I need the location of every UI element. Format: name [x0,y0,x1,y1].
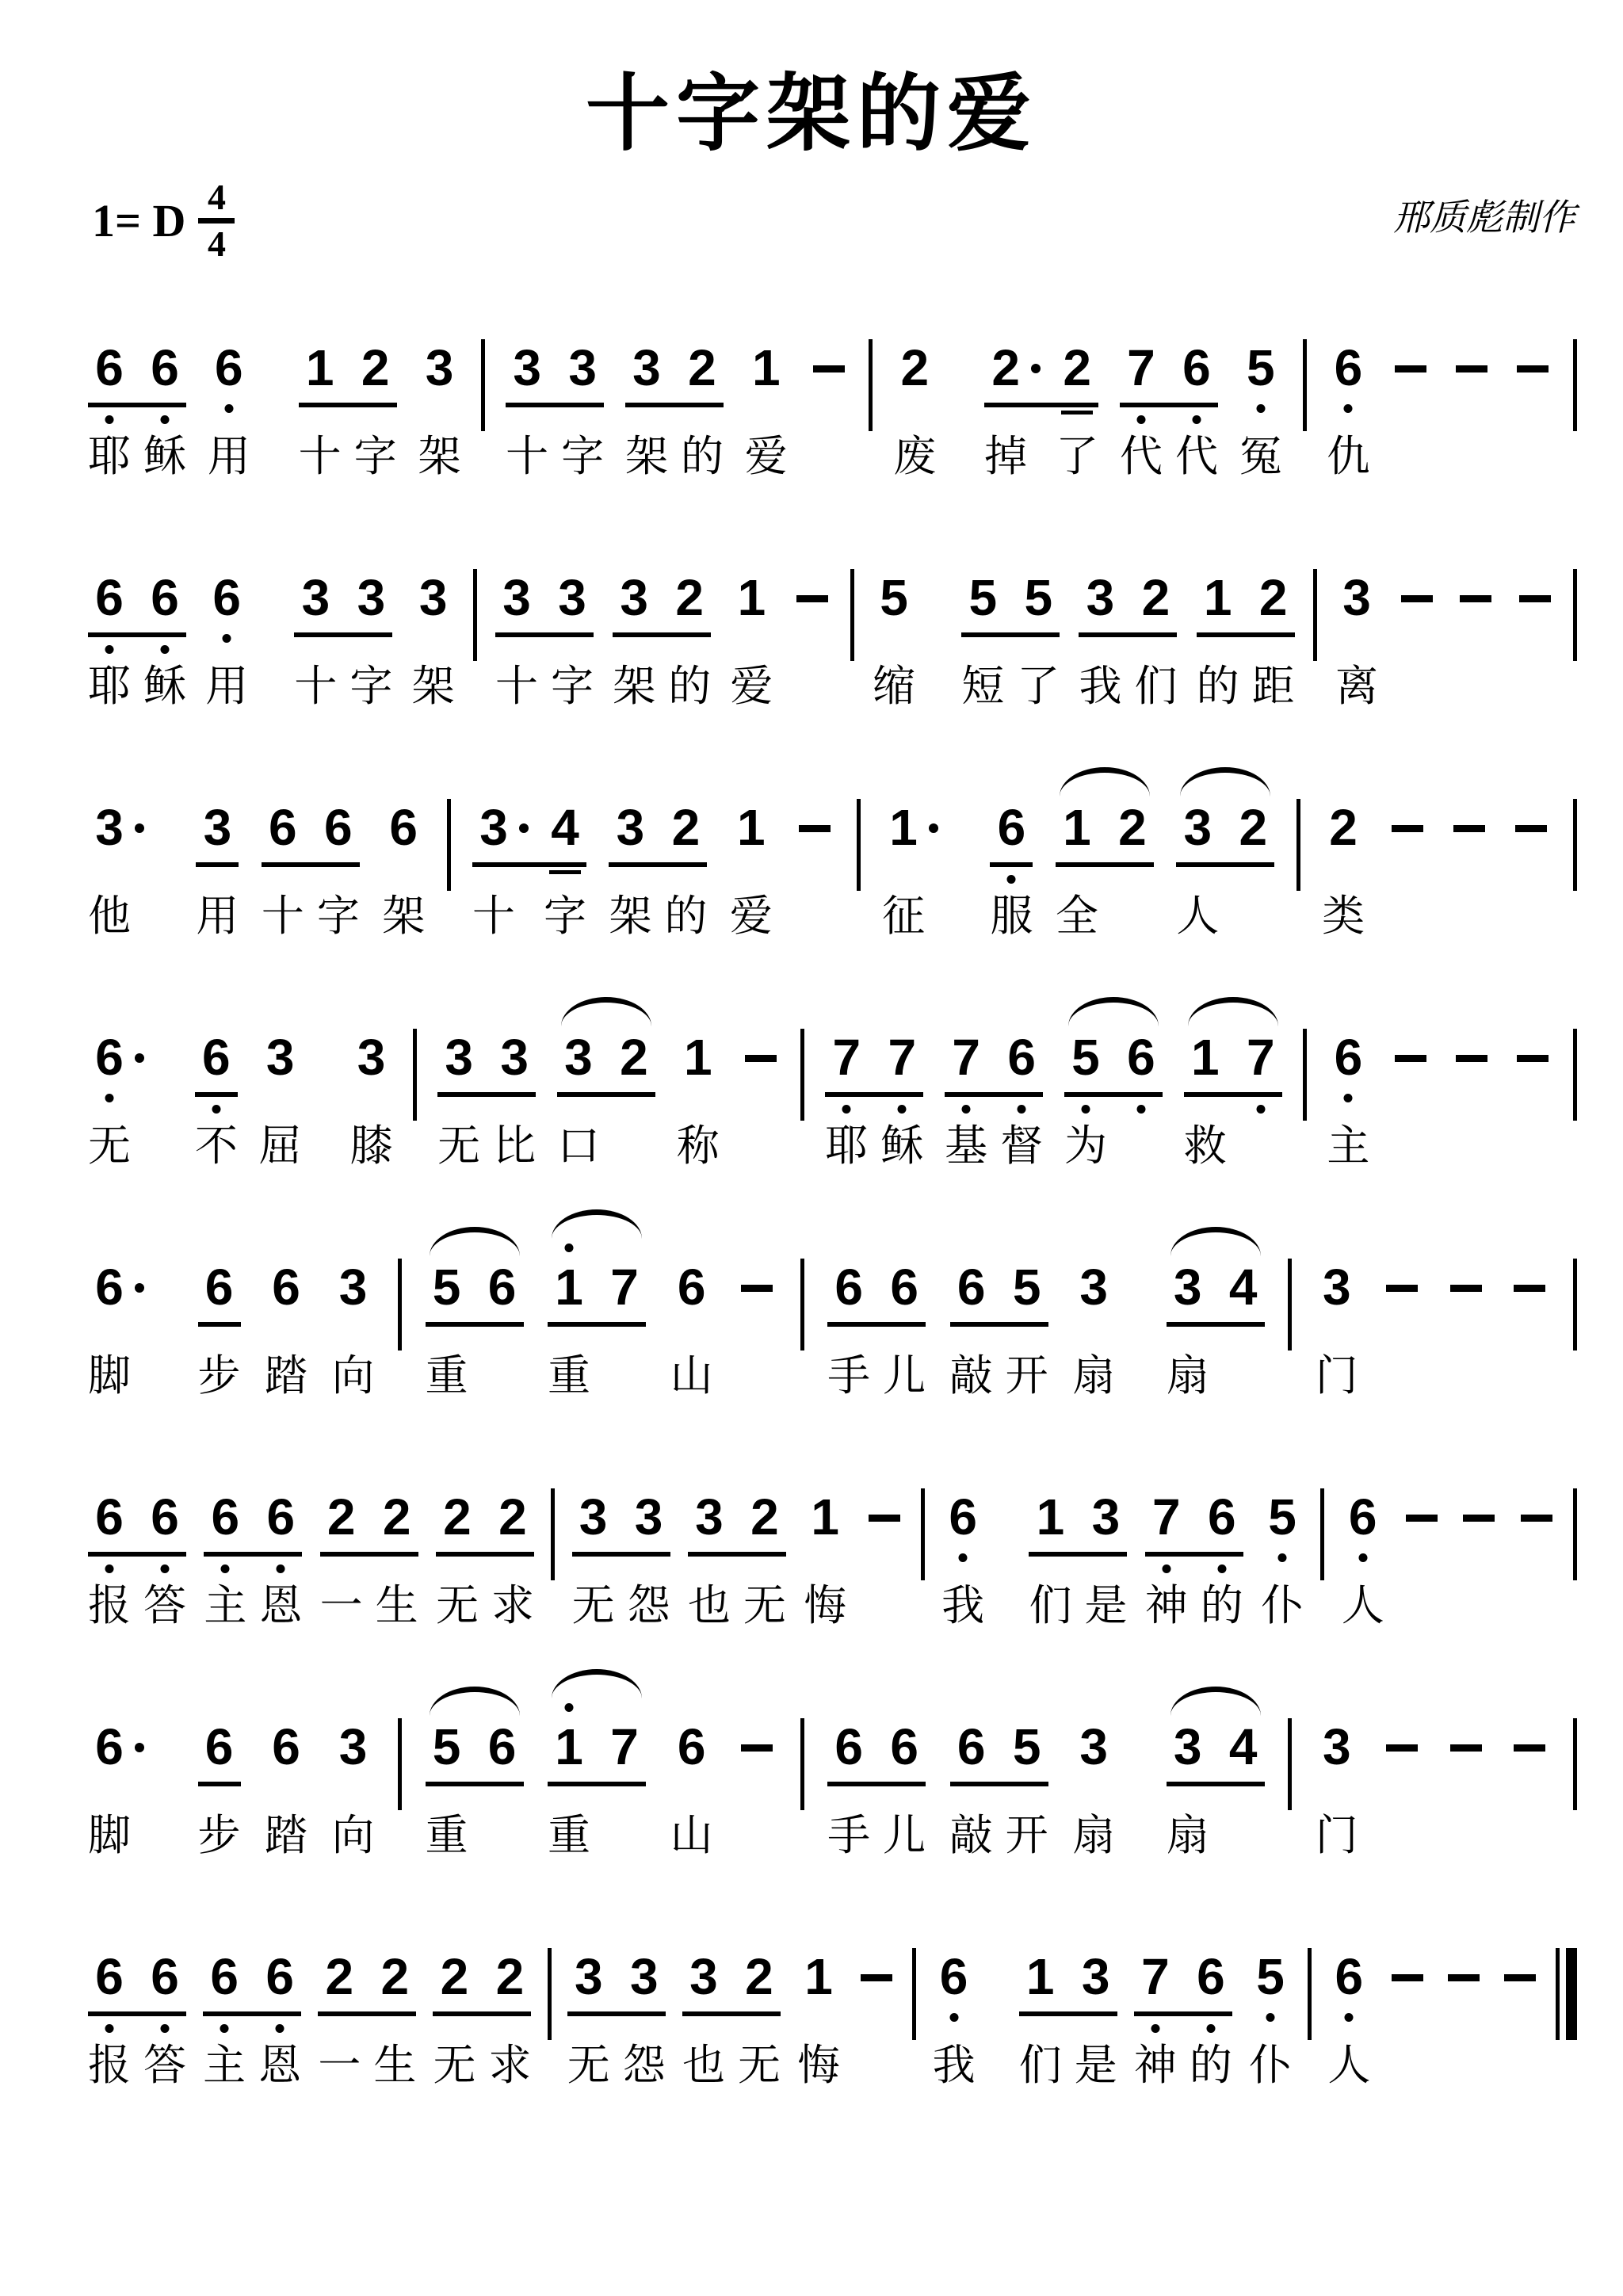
note: 6踏 [264,1257,308,1317]
lyric-syllable: 架 [625,433,668,480]
note-digit: 5 [1248,1946,1293,2007]
lyric-syllable: 架 [418,433,460,480]
lyric-syllable: 答 [143,1582,186,1629]
note-group: 3门 [1315,1717,1359,1777]
note: 6敲 [949,1257,994,1317]
dash-continuation [1510,797,1552,858]
note: 6脚 [87,1257,132,1317]
dash-continuation [1390,338,1431,398]
barline [447,799,451,891]
low-octave-dot [1256,404,1265,413]
note-group: 6脚 [87,1257,147,1317]
barline [850,569,854,661]
note-digit: 6 [670,1257,714,1317]
note-group: 5为6 [1064,1027,1163,1087]
note-digit: 2 [317,1946,361,2007]
note: 3向 [331,1717,376,1777]
note-digit: 6 [197,1257,242,1317]
low-octave-dot [1151,2024,1159,2033]
note-group: 3他 [87,797,147,858]
note-digit: 7 [824,1027,869,1087]
note: 6仇 [1326,338,1370,398]
note: 7耶 [824,1027,869,1087]
note: 6山 [670,1257,714,1317]
note-group: 1们3是 [1028,1487,1128,1547]
note-digit: 1 [1196,567,1240,628]
note-digit: 6 [204,567,249,628]
note: 3无 [571,1487,616,1547]
note-group: 7代6代 [1119,338,1219,398]
note: 3十 [472,797,516,858]
system: 6脚6步6踏3向5重61重76山6手6儿6敲5开3扇3扇43门 [0,1216,1623,1446]
note-digit: 3 [571,1487,616,1547]
note: 1征 [881,797,926,858]
note-digit: 3 [411,567,456,628]
note-digit: 7 [944,1027,988,1087]
note-digit: 3 [331,1717,376,1777]
note: 3怨 [627,1487,671,1547]
dash-continuation [1512,338,1553,398]
note-group: 2一2生 [319,1487,419,1547]
note: 6稣 [143,567,187,628]
note: 2求 [487,1946,532,2007]
note-digit: 2 [319,1487,364,1547]
dash-continuation [740,1027,781,1087]
lyric-syllable: 征 [882,892,925,940]
lyric-syllable: 扇 [1072,1812,1115,1859]
note-group: 6人 [1341,1487,1385,1547]
augmentation-dot [929,823,938,833]
lyric-syllable: 的 [681,433,724,480]
note: 2们 [1133,567,1178,628]
note: 2类 [1321,797,1365,858]
lyric-syllable: 的 [1190,2042,1232,2089]
dash-continuation [1396,567,1438,628]
note-digit: 5 [425,1717,469,1777]
note: 3无 [437,1027,481,1087]
lyric-syllable: 也 [682,2042,725,2089]
note-group: 5重6 [425,1257,525,1317]
lyric-syllable: 爱 [730,663,773,710]
note-digit: 3 [556,1027,601,1087]
note-digit: 6 [194,1027,239,1087]
note-digit: 2 [663,797,708,858]
lyric-syllable: 重 [426,1812,468,1859]
barline [1573,569,1577,661]
note: 1爱 [744,338,789,398]
note-group: 6服 [989,797,1033,858]
note: 1的 [1196,567,1240,628]
barline [481,339,485,431]
note: 7 [602,1257,647,1317]
lyric-syllable: 屈 [259,1122,302,1170]
note-group: 3架2的 [624,338,724,398]
lyric-syllable: 仆 [1249,2042,1292,2089]
dash-continuation [1381,1717,1423,1777]
note-digit: 6 [87,338,132,398]
lyric-syllable: 十 [495,663,538,710]
low-octave-dot [1206,2024,1215,2033]
lyric-syllable: 字 [544,892,586,940]
lyric-syllable: 仆 [1261,1582,1304,1629]
note-digit: 3 [560,338,605,398]
note-digit: 6 [827,1717,871,1777]
lyric-syllable: 重 [548,1812,590,1859]
low-octave-dot [105,415,114,424]
notes-row: 3他3用6十6字6架3十4字3架2的1爱1征6服1全23人22类 [87,797,1577,891]
lyric-syllable: 神 [1134,2042,1177,2089]
note-group: 5仆 [1260,1487,1304,1547]
low-octave-dot [105,1094,114,1102]
lyric-syllable: 的 [1201,1582,1243,1629]
note-digit: 3 [1335,567,1379,628]
note: 4字 [543,797,587,858]
lyric-syllable: 手 [827,1812,870,1859]
barline [1308,1948,1312,2040]
barline [1573,1029,1577,1121]
note-group: 1称 [676,1027,720,1087]
lyric-syllable: 神 [1145,1582,1188,1629]
lyric-syllable: 他 [88,892,131,940]
note-group: 1重7 [547,1717,647,1777]
note-group: 6我 [932,1946,976,2007]
note-digit: 1 [676,1027,720,1087]
lyric-syllable: 耶 [88,433,131,480]
note-digit: 6 [143,567,187,628]
note: 3扇 [1071,1717,1116,1777]
dash-continuation [1390,1027,1431,1087]
note-group: 6我 [941,1487,985,1547]
note: 3架 [608,797,652,858]
low-octave-dot [1344,1094,1353,1102]
lyric-syllable: 报 [88,2042,131,2089]
lyric-syllable: 主 [204,1582,246,1629]
note: 5冤 [1239,338,1283,398]
lyric-syllable: 十 [472,892,515,940]
note-digit: 4 [543,797,587,858]
dash-continuation [1509,1257,1550,1317]
lyric-syllable: 脚 [88,1812,131,1859]
note-digit: 5 [872,567,916,628]
augmentation-dot [1031,364,1041,373]
note-group: 3也2无 [682,1946,781,2007]
note: 3向 [331,1257,376,1317]
lyric-syllable: 仇 [1327,433,1369,480]
lyric-syllable: 了 [1056,433,1098,480]
lyric-syllable: 向 [332,1352,375,1400]
note: 2无 [737,1946,781,2007]
note: 2一 [319,1487,364,1547]
note-digit: 6 [1327,1946,1371,2007]
note: 6架 [381,797,426,858]
note-group: 5仆 [1248,1946,1293,2007]
note: 3字 [349,567,393,628]
note-digit: 3 [495,567,539,628]
note: 7 [602,1717,647,1777]
lyric-syllable: 十 [294,663,337,710]
note: 1悔 [803,1487,847,1547]
note: 3用 [195,797,239,858]
note-digit: 6 [264,1257,308,1317]
note: 1们 [1018,1946,1063,2007]
note: 2的 [680,338,724,398]
note-group: 2一2生 [317,1946,417,2007]
low-octave-dot [224,404,233,413]
note: 2 [612,1027,656,1087]
note: 1全 [1055,797,1099,858]
lyric-syllable: 用 [205,663,248,710]
note-digit: 2 [983,338,1028,398]
note: 6我 [941,1487,985,1547]
lyric-syllable: 稣 [880,1122,923,1170]
lyric-syllable: 悔 [797,2042,840,2089]
note-digit: 2 [353,338,398,398]
lyric-syllable: 主 [203,2042,246,2089]
note-digit: 6 [87,1717,132,1777]
note-digit: 6 [989,797,1033,858]
note-digit: 1 [1018,1946,1063,2007]
note-group: 3屈 [258,1027,303,1087]
note: 5仆 [1248,1946,1293,2007]
note: 2无 [432,1946,476,2007]
low-octave-dot [105,1564,114,1573]
dash-continuation [1445,1717,1487,1777]
note-digit: 6 [87,1946,132,2007]
note-digit: 6 [87,1027,132,1087]
song-title: 十字架的爱 [0,0,1623,166]
note: 6步 [197,1257,242,1317]
note: 6人 [1341,1487,1385,1547]
note: 3也 [687,1487,731,1547]
note-digit: 6 [480,1717,525,1777]
note-digit: 2 [612,1027,656,1087]
lyric-syllable: 称 [677,1122,720,1170]
barline [1320,1488,1324,1580]
note-group: 1重7 [547,1257,647,1317]
note-group: 2无2求 [432,1946,532,2007]
note-group: 3我2们 [1078,567,1178,628]
note-digit: 6 [949,1717,994,1777]
dash-continuation [1381,1257,1423,1317]
lyric-syllable: 短 [961,663,1004,710]
lyric-syllable: 耶 [88,663,131,710]
note-group: 5缩 [872,567,916,628]
note-group: 7基6督 [944,1027,1044,1087]
note-group: 3门 [1315,1257,1359,1317]
sixteenth-underline [549,870,581,874]
note-digit: 6 [87,1257,132,1317]
note: 5了 [1016,567,1060,628]
note-digit: 5 [1005,1717,1049,1777]
note: 6报 [87,1946,132,2007]
notes-row: 6耶6稣6用3十3字3架3十3字3架2的1爱5缩5短5了3我2们1的2距3离 [87,567,1577,661]
lyric-syllable: 怨 [628,1582,670,1629]
lyric-syllable: 架 [382,892,425,940]
lyric-syllable: 全 [1056,892,1098,940]
lyric-syllable: 用 [208,433,250,480]
note: 2字 [353,338,398,398]
lyric-syllable: 十 [299,433,342,480]
dash-continuation [856,1946,897,2007]
lyric-syllable: 山 [670,1812,713,1859]
note-group: 7神6的 [1144,1487,1244,1547]
note-digit: 6 [87,567,132,628]
note: 6 [480,1717,525,1777]
note-group: 3无3怨 [571,1487,671,1547]
key-signature: 1= D 4 4 [92,179,235,262]
note-digit: 2 [892,338,937,398]
lyric-syllable: 们 [1019,2042,1062,2089]
note-digit: 2 [1251,567,1296,628]
note: 4 [1221,1717,1266,1777]
note-digit: 3 [1166,1717,1210,1777]
note: 6儿 [882,1257,926,1317]
lyric-syllable: 距 [1252,663,1295,710]
lyric-syllable: 字 [551,663,594,710]
note-digit: 2 [667,567,712,628]
note-group: 3向 [331,1257,376,1317]
note: 5重 [425,1717,469,1777]
note-digit: 7 [1119,338,1163,398]
low-octave-dot [1136,415,1145,424]
note-digit: 3 [550,567,594,628]
note-group: 1悔 [796,1946,841,2007]
low-octave-dot [161,2024,170,2033]
note-group: 5重6 [425,1717,525,1777]
lyric-syllable: 踏 [265,1352,307,1400]
note-digit: 3 [612,567,656,628]
note: 6 [1119,1027,1163,1087]
note: 7 [1239,1027,1283,1087]
note: 7代 [1119,338,1163,398]
low-octave-dot [212,1105,220,1114]
note-digit: 6 [197,1717,242,1777]
note-digit: 7 [1133,1946,1178,2007]
note-digit: 5 [1005,1257,1049,1317]
note-digit: 3 [437,1027,481,1087]
note: 3架 [417,338,461,398]
lyric-syllable: 我 [941,1582,984,1629]
lyric-syllable: 悔 [804,1582,846,1629]
note-digit: 1 [744,338,789,398]
note-digit: 1 [547,1717,591,1777]
note-group: 6踏 [264,1717,308,1777]
lyric-syllable: 人 [1342,1582,1384,1629]
barline [1288,1259,1292,1350]
low-octave-dot [161,645,170,654]
lyric-syllable: 救 [1184,1122,1227,1170]
note: 3门 [1315,1257,1359,1317]
lyric-syllable: 人 [1176,892,1219,940]
note: 3人 [1175,797,1220,858]
note-digit: 3 [1074,1946,1118,2007]
high-octave-dot [565,1244,574,1252]
note-group: 3架 [411,567,456,628]
note-group: 3十3字 [293,567,393,628]
lyric-syllable: 的 [664,892,707,940]
lyric-syllable: 踏 [265,1812,307,1859]
note: 1救 [1183,1027,1228,1087]
note-digit: 1 [1055,797,1099,858]
note: 6主 [203,1487,247,1547]
system: 6报6答6主6恩2一2生2无2求3无3怨3也2无1悔6我1们3是7神6的5仆6人 [0,1446,1623,1675]
note-digit: 6 [1200,1487,1244,1547]
system: 3他3用6十6字6架3十4字3架2的1爱1征6服1全23人22类 [0,756,1623,986]
note: 3他 [87,797,132,858]
lyric-syllable: 门 [1316,1812,1358,1859]
note: 6手 [827,1257,871,1317]
lyric-syllable: 架 [412,663,455,710]
final-barline-thin [1556,1948,1560,2040]
barline [1303,1029,1307,1121]
note: 2了 [1055,338,1099,398]
lyric-syllable: 口 [557,1122,600,1170]
note: 3架 [624,338,669,398]
note-group: 6山 [670,1257,714,1317]
note-digit: 3 [505,338,549,398]
note-digit: 1 [729,567,773,628]
note: 5短 [960,567,1005,628]
note-digit: 6 [143,1946,187,2007]
lyric-syllable: 求 [488,2042,531,2089]
system: 6无6不3屈3膝3无3比3口21称7耶7稣7基6督5为61救76主 [0,986,1623,1216]
time-signature: 4 4 [198,179,235,262]
note-group: 6人 [1327,1946,1371,2007]
note-digit: 3 [567,1946,611,2007]
barline [921,1488,925,1580]
note: 3也 [682,1946,726,2007]
augmentation-dot [135,823,144,833]
lyric-syllable: 字 [561,433,604,480]
barline [800,1718,804,1810]
credit: 邢质彪制作 [1393,189,1575,241]
key-text: 1= D [92,194,185,247]
note-group: 6仇 [1326,338,1370,398]
note-group: 6敲5开 [949,1717,1049,1777]
note: 3我 [1078,567,1122,628]
barline [800,1029,804,1121]
note: 2 [1231,797,1275,858]
dash-continuation [1455,567,1496,628]
note-digit: 2 [1055,338,1099,398]
note-digit: 7 [1144,1487,1189,1547]
note: 6主 [202,1946,246,2007]
note-digit: 3 [195,797,239,858]
lyric-syllable: 无 [436,1582,479,1629]
note-digit: 5 [960,567,1005,628]
low-octave-dot [1136,1105,1145,1114]
lyric-syllable: 代 [1120,433,1163,480]
note-digit: 6 [882,1717,926,1777]
note-digit: 3 [293,567,338,628]
lyric-syllable: 重 [426,1352,468,1400]
note-digit: 6 [316,797,361,858]
note-digit: 7 [1239,1027,1283,1087]
note-group: 1救7 [1183,1027,1283,1087]
low-octave-dot [1344,404,1353,413]
final-barline-thick [1566,1948,1577,2040]
note-digit: 3 [608,797,652,858]
note: 2距 [1251,567,1296,628]
low-octave-dot [949,2013,958,2022]
note: 3十 [293,567,338,628]
lyric-syllable: 脚 [88,1352,131,1400]
lyric-syllable: 恩 [258,2042,301,2089]
note-digit: 6 [207,338,251,398]
lyric-syllable: 向 [332,1812,375,1859]
lyric-syllable: 类 [1322,892,1365,940]
note-digit: 6 [87,1487,132,1547]
